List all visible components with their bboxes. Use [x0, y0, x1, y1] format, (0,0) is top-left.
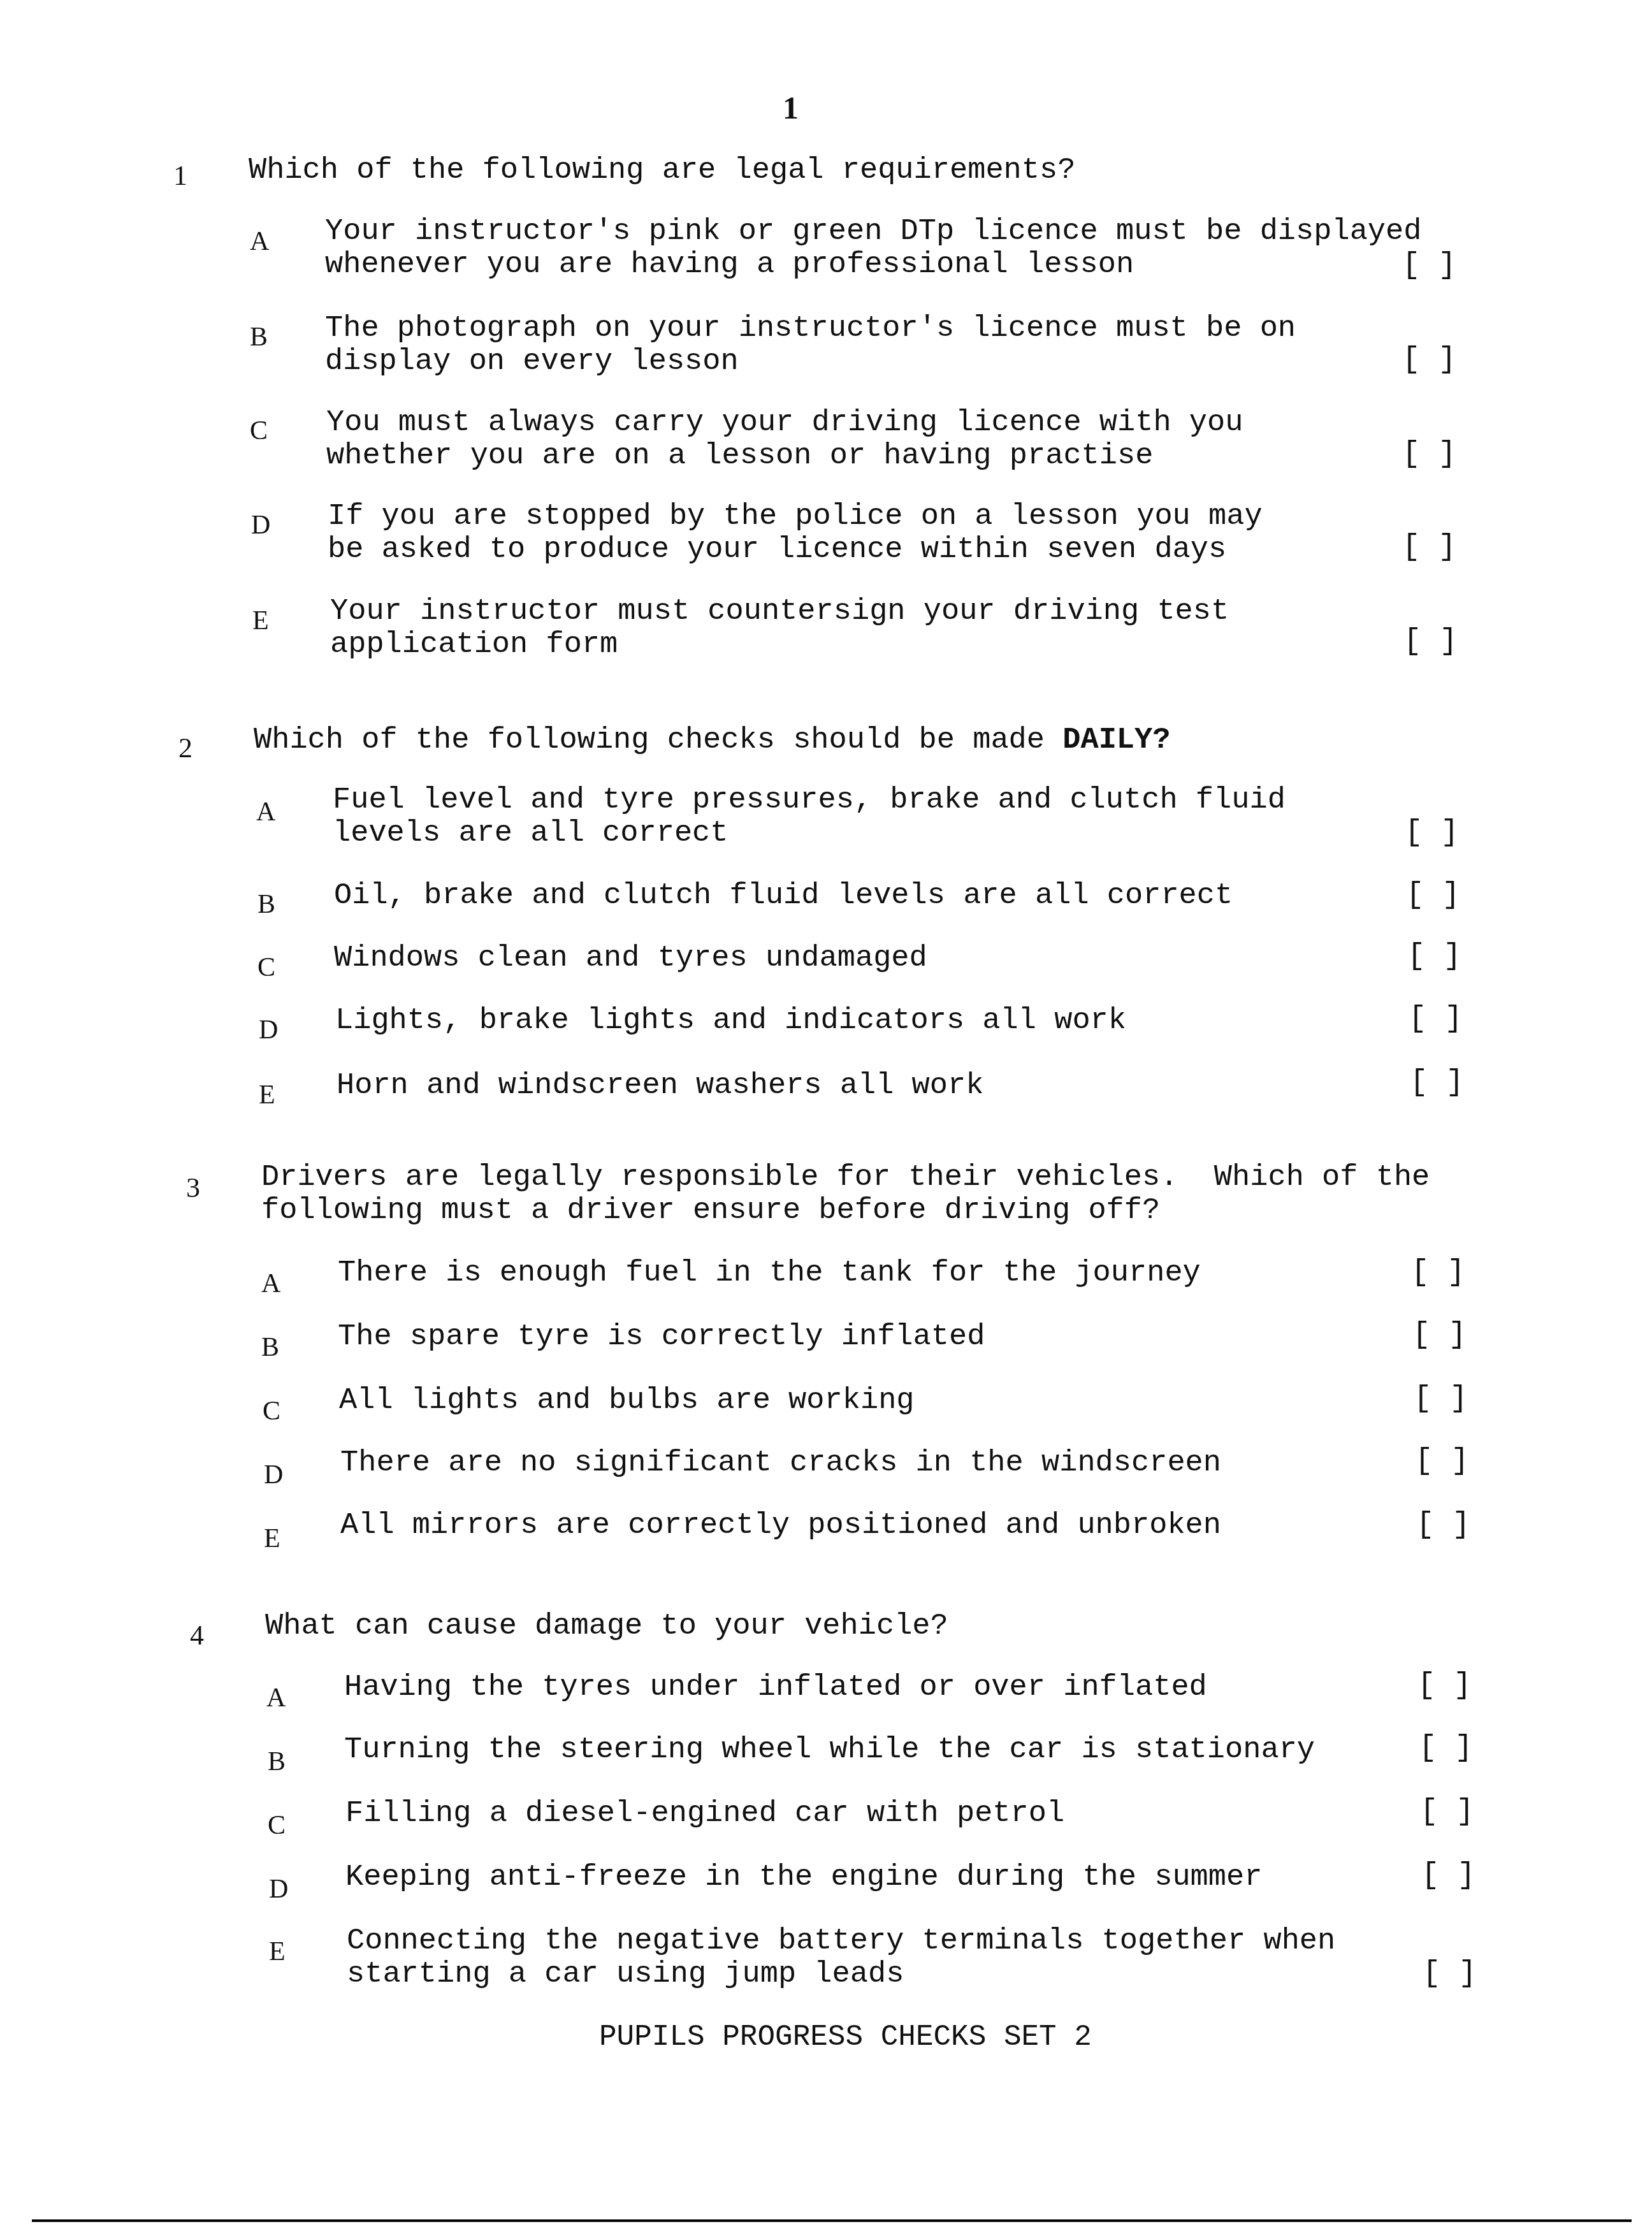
answer-checkbox[interactable]: [ ] — [1417, 1669, 1472, 1703]
bottom-rule — [32, 2219, 1632, 2222]
question-number: 2 — [178, 732, 192, 764]
option-text: Windows clean and tyres undamaged — [334, 942, 927, 975]
answer-checkbox[interactable]: [ ] — [1421, 1859, 1475, 1892]
option-text: There are no significant cracks in the w… — [340, 1447, 1221, 1480]
answer-checkbox[interactable]: [ ] — [1414, 1382, 1468, 1416]
option-text: The spare tyre is correctly inflated — [338, 1321, 985, 1354]
answer-checkbox[interactable]: [ ] — [1412, 1318, 1467, 1352]
option-text: Your instructor must countersign your dr… — [330, 595, 1229, 628]
answer-checkbox[interactable]: [ ] — [1403, 625, 1458, 658]
answer-checkbox[interactable]: [ ] — [1405, 816, 1459, 850]
answer-checkbox[interactable]: [ ] — [1410, 1066, 1464, 1100]
option-letter: D — [269, 1874, 288, 1905]
question-text-prefix: Which of the following checks should be … — [254, 723, 1062, 757]
question-text-emphasis: DAILY? — [1062, 723, 1170, 757]
option-letter: A — [256, 797, 275, 827]
option-letter: B — [268, 1746, 286, 1777]
option-letter: B — [261, 1332, 279, 1363]
option-text: All lights and bulbs are working — [339, 1384, 915, 1418]
option-letter: E — [259, 1080, 275, 1110]
question-text: following must a driver ensure before dr… — [261, 1194, 1160, 1228]
option-letter: E — [269, 1936, 286, 1967]
option-letter: D — [259, 1015, 278, 1045]
option-text: Filling a diesel-engined car with petrol — [345, 1797, 1064, 1831]
page-footer: PUPILS PROGRESS CHECKS SET 2 — [599, 2021, 1092, 2054]
question-text: Which of the following are legal require… — [249, 154, 1075, 187]
answer-checkbox[interactable]: [ ] — [1407, 940, 1461, 973]
answer-checkbox[interactable]: [ ] — [1402, 343, 1456, 377]
answer-checkbox[interactable]: [ ] — [1402, 437, 1456, 471]
option-text: Fuel level and tyre pressures, brake and… — [333, 784, 1286, 817]
option-text: whether you are on a lesson or having pr… — [326, 440, 1153, 473]
option-text: Keeping anti-freeze in the engine during… — [345, 1861, 1262, 1894]
option-text: You must always carry your driving licen… — [326, 407, 1243, 440]
answer-checkbox[interactable]: [ ] — [1416, 1508, 1470, 1542]
answer-checkbox[interactable]: [ ] — [1411, 1256, 1465, 1289]
option-letter: A — [250, 226, 269, 257]
option-text: Connecting the negative battery terminal… — [347, 1925, 1335, 1958]
answer-checkbox[interactable]: [ ] — [1409, 1002, 1463, 1036]
answer-checkbox[interactable]: [ ] — [1423, 1957, 1477, 1991]
question-number: 1 — [173, 159, 187, 192]
option-text: Lights, brake lights and indicators all … — [335, 1005, 1126, 1038]
question-text: What can cause damage to your vehicle? — [265, 1610, 948, 1643]
option-text: starting a car using jump leads — [347, 1958, 904, 1991]
answer-checkbox[interactable]: [ ] — [1402, 249, 1456, 282]
answer-checkbox[interactable]: [ ] — [1406, 878, 1460, 912]
question-number: 3 — [186, 1172, 200, 1204]
option-text: Oil, brake and clutch fluid levels are a… — [334, 880, 1233, 913]
option-letter: C — [250, 416, 268, 446]
option-letter: C — [268, 1810, 286, 1841]
option-text: There is enough fuel in the tank for the… — [338, 1257, 1201, 1290]
option-text: If you are stopped by the police on a le… — [328, 500, 1263, 534]
option-text: display on every lesson — [325, 345, 739, 379]
option-letter: D — [264, 1460, 283, 1490]
option-text: Your instructor's pink or green DTp lice… — [325, 215, 1421, 249]
option-text: be asked to produce your licence within … — [328, 534, 1226, 567]
question-number: 4 — [190, 1619, 204, 1652]
option-letter: A — [261, 1268, 280, 1299]
page-number: 1 — [783, 89, 799, 126]
option-letter: E — [264, 1523, 280, 1554]
option-letter: E — [252, 606, 269, 636]
option-text: levels are all correct — [333, 817, 728, 850]
option-text: Horn and windscreen washers all work — [337, 1070, 983, 1103]
option-letter: C — [257, 952, 275, 983]
option-letter: D — [251, 510, 270, 541]
question-text: Drivers are legally responsible for thei… — [261, 1161, 1430, 1194]
question-text: Which of the following checks should be … — [254, 724, 1170, 757]
option-letter: A — [266, 1683, 286, 1713]
option-text: whenever you are having a professional l… — [325, 249, 1134, 282]
answer-checkbox[interactable]: [ ] — [1415, 1444, 1469, 1478]
answer-checkbox[interactable]: [ ] — [1402, 530, 1456, 564]
option-text: Having the tyres under inflated or over … — [344, 1671, 1207, 1704]
answer-checkbox[interactable]: [ ] — [1420, 1795, 1474, 1829]
option-letter: B — [250, 322, 268, 352]
option-text: All mirrors are correctly positioned and… — [340, 1509, 1221, 1543]
option-text: application form — [330, 628, 618, 662]
answer-checkbox[interactable]: [ ] — [1419, 1731, 1473, 1765]
option-letter: C — [263, 1396, 280, 1427]
option-text: The photograph on your instructor's lice… — [325, 312, 1296, 345]
option-text: Turning the steering wheel while the car… — [344, 1734, 1315, 1767]
option-letter: B — [257, 889, 275, 920]
